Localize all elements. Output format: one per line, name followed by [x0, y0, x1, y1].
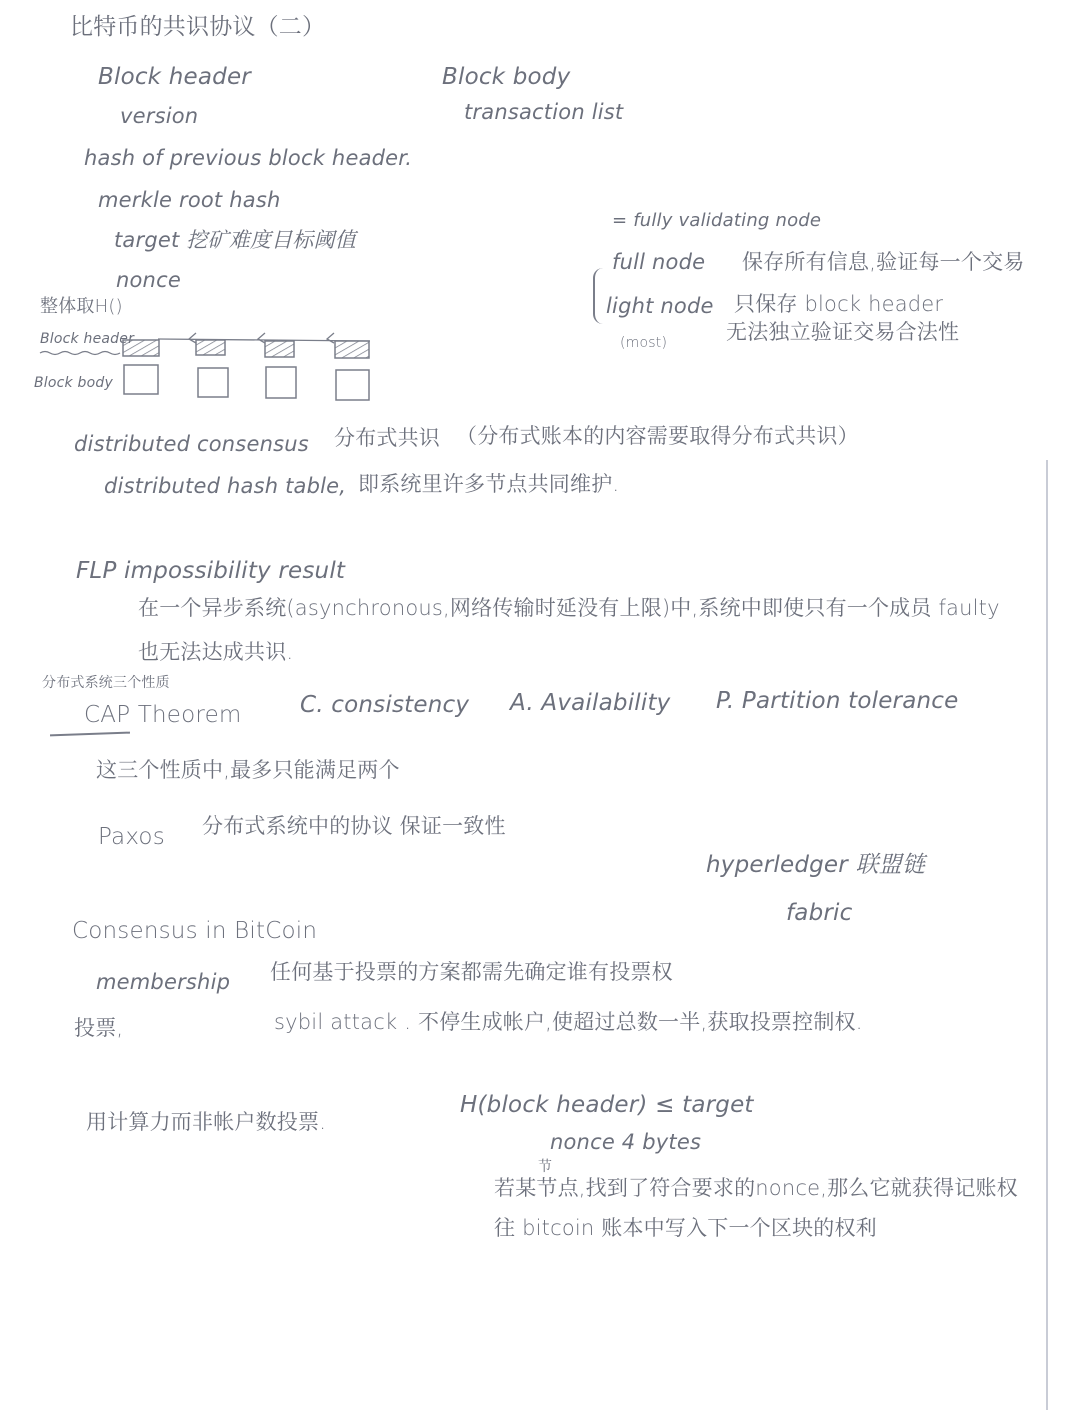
flp-line1: 在一个异步系统(asynchronous,网络传输时延没有上限)中,系统中即使只…	[138, 598, 1000, 619]
vote-label: 投票,	[74, 1018, 123, 1039]
bitcoin-consensus-title: Consensus in BitCoin	[72, 920, 317, 943]
pow-line1: 若某节点,找到了符合要求的nonce,那么它就获得记账权	[494, 1178, 1018, 1199]
cap-note: 分布式系统三个性质	[42, 676, 170, 690]
field-version: version	[120, 106, 198, 127]
dht-desc: 即系统里许多节点共同维护.	[358, 474, 619, 495]
membership-label: membership	[96, 972, 230, 993]
field-merkle-root: merkle root hash	[98, 190, 280, 211]
cap-desc: 这三个性质中,最多只能满足两个	[96, 760, 400, 781]
hyperledger-label: hyperledger 联盟链	[706, 854, 925, 877]
pow-line2: 往 bitcoin 账本中写入下一个区块的权利	[494, 1218, 877, 1239]
sybil-attack-desc: sybil attack . 不停生成帐户,使超过总数一半,获取投票控制权.	[274, 1012, 863, 1033]
light-node-desc: 只保存 block header	[734, 294, 943, 315]
pow-insert-char: 节	[538, 1160, 552, 1174]
cap-availability: A. Availability	[510, 692, 671, 715]
flp-title: FLP impossibility result	[76, 560, 345, 583]
hyperledger-fabric: fabric	[786, 902, 852, 925]
block-header-heading: Block header	[98, 66, 251, 89]
field-prev-hash: hash of previous block header.	[84, 148, 412, 169]
light-node-desc2: 无法独立验证交易合法性	[726, 322, 959, 343]
page-title: 比特币的共识协议（二）	[70, 16, 325, 39]
flp-line2: 也无法达成共识.	[138, 642, 293, 663]
page-edge-line	[1046, 460, 1048, 1410]
fully-validating-note: = fully validating node	[612, 212, 821, 230]
cap-underline	[50, 732, 130, 737]
distributed-consensus-note: （分布式账本的内容需要取得分布式共识）	[456, 426, 859, 447]
cap-title: CAP Theorem	[84, 704, 242, 727]
paxos-label: Paxos	[98, 826, 165, 849]
cap-partition-tolerance: P. Partition tolerance	[716, 690, 958, 713]
full-node-desc: 保存所有信息,验证每一个交易	[742, 252, 1024, 273]
pow-formula: H(block header) ≤ target	[460, 1094, 754, 1117]
light-node-most-note: (most)	[620, 336, 667, 350]
distributed-consensus-cn: 分布式共识	[334, 428, 440, 449]
distributed-consensus-label: distributed consensus	[74, 434, 309, 455]
field-transaction-list: transaction list	[464, 102, 623, 123]
light-node-label: light node	[606, 296, 714, 317]
membership-desc: 任何基于投票的方案都需先确定谁有投票权	[270, 962, 673, 983]
node-brace	[593, 268, 605, 324]
block-body-heading: Block body	[442, 66, 570, 89]
full-node-label: full node	[612, 252, 705, 273]
field-target: target 挖矿难度目标阈值	[114, 230, 356, 251]
dht-label: distributed hash table,	[104, 476, 346, 497]
blockchain-diagram	[30, 295, 430, 410]
cap-consistency: C. consistency	[300, 694, 469, 717]
pow-nonce-note: nonce 4 bytes	[550, 1132, 701, 1153]
pow-left-note: 用计算力而非帐户数投票.	[86, 1112, 326, 1133]
paxos-desc: 分布式系统中的协议 保证一致性	[202, 816, 506, 837]
field-nonce: nonce	[116, 270, 181, 291]
